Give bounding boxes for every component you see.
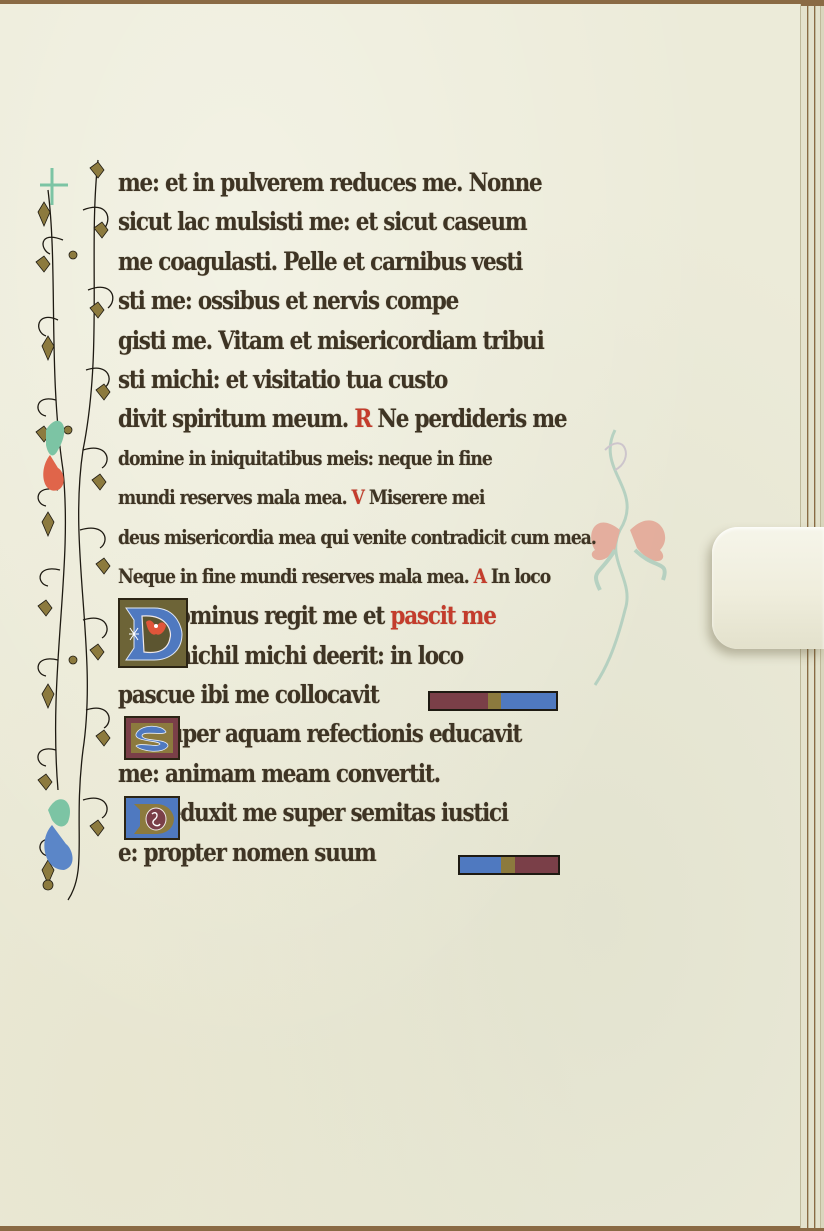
text-line-11: Neque in fine mundi reserves mala mea. A… [118,557,522,596]
text-segment: Miserere mei [369,485,484,509]
text-line-1: me: et in pulverem reduces me. Nonne [118,163,522,202]
filler-blue-segment [460,857,501,873]
initial-s-icon [128,720,176,756]
initial-d-knot-icon [128,800,176,836]
antiphon-rubric: A [474,564,486,588]
illuminated-initial-d [118,598,188,668]
text-line-5: gisti me. Vitam et misericordiam tribui [118,321,522,360]
text-segment: Ne perdideris me [377,404,566,433]
text-segment: In loco [491,564,550,588]
text-line-7: divit spiritum meum. R Ne perdideris me [118,399,522,438]
text-segment: mundi reserves mala mea. [118,485,347,509]
text-line-6: sti michi: et visitatio tua custo [118,360,522,399]
responsory-rubric: R [354,404,371,433]
illuminated-initial-d-small [124,796,180,840]
text-segment: ominus regit me et [176,601,384,630]
text-line-8: domine in iniquitatibus meis: neque in f… [118,439,522,478]
text-line-9: mundi reserves mala mea. V Miserere mei [118,478,522,517]
filler-gold-dot [488,693,501,709]
illuminated-initial-s [124,716,180,760]
filler-maroon-segment [515,857,558,873]
text-line-4: sti me: ossibus et nervis compe [118,281,522,320]
filler-gold-dot [501,857,515,873]
filler-blue-segment [501,693,556,709]
psalm-incipit-rubric: pascit me [390,601,495,630]
green-cross-icon [40,168,68,205]
show-through-acanthus-icon [575,410,685,690]
text-line-2: sicut lac mulsisti me: et sicut caseum [118,202,522,241]
initial-d-bird-icon [120,600,186,666]
vine-border-icon [28,150,128,910]
line-filler-2 [458,855,560,875]
bone-clasp [712,527,824,649]
text-line-10: deus misericordia mea qui venite contrad… [118,518,522,557]
filler-maroon-segment [430,693,488,709]
text-block: me: et in pulverem reduces me. Nonne sic… [118,163,588,872]
text-segment: Neque in fine mundi reserves mala mea. [118,564,469,588]
versicle-rubric: V [352,485,364,509]
text-line-3: me coagulasti. Pelle et carnibus vesti [118,242,522,281]
line-filler-1 [428,691,558,711]
acanthus-blue-green-icon [44,799,72,870]
text-segment: divit spiritum meum. [118,404,348,433]
